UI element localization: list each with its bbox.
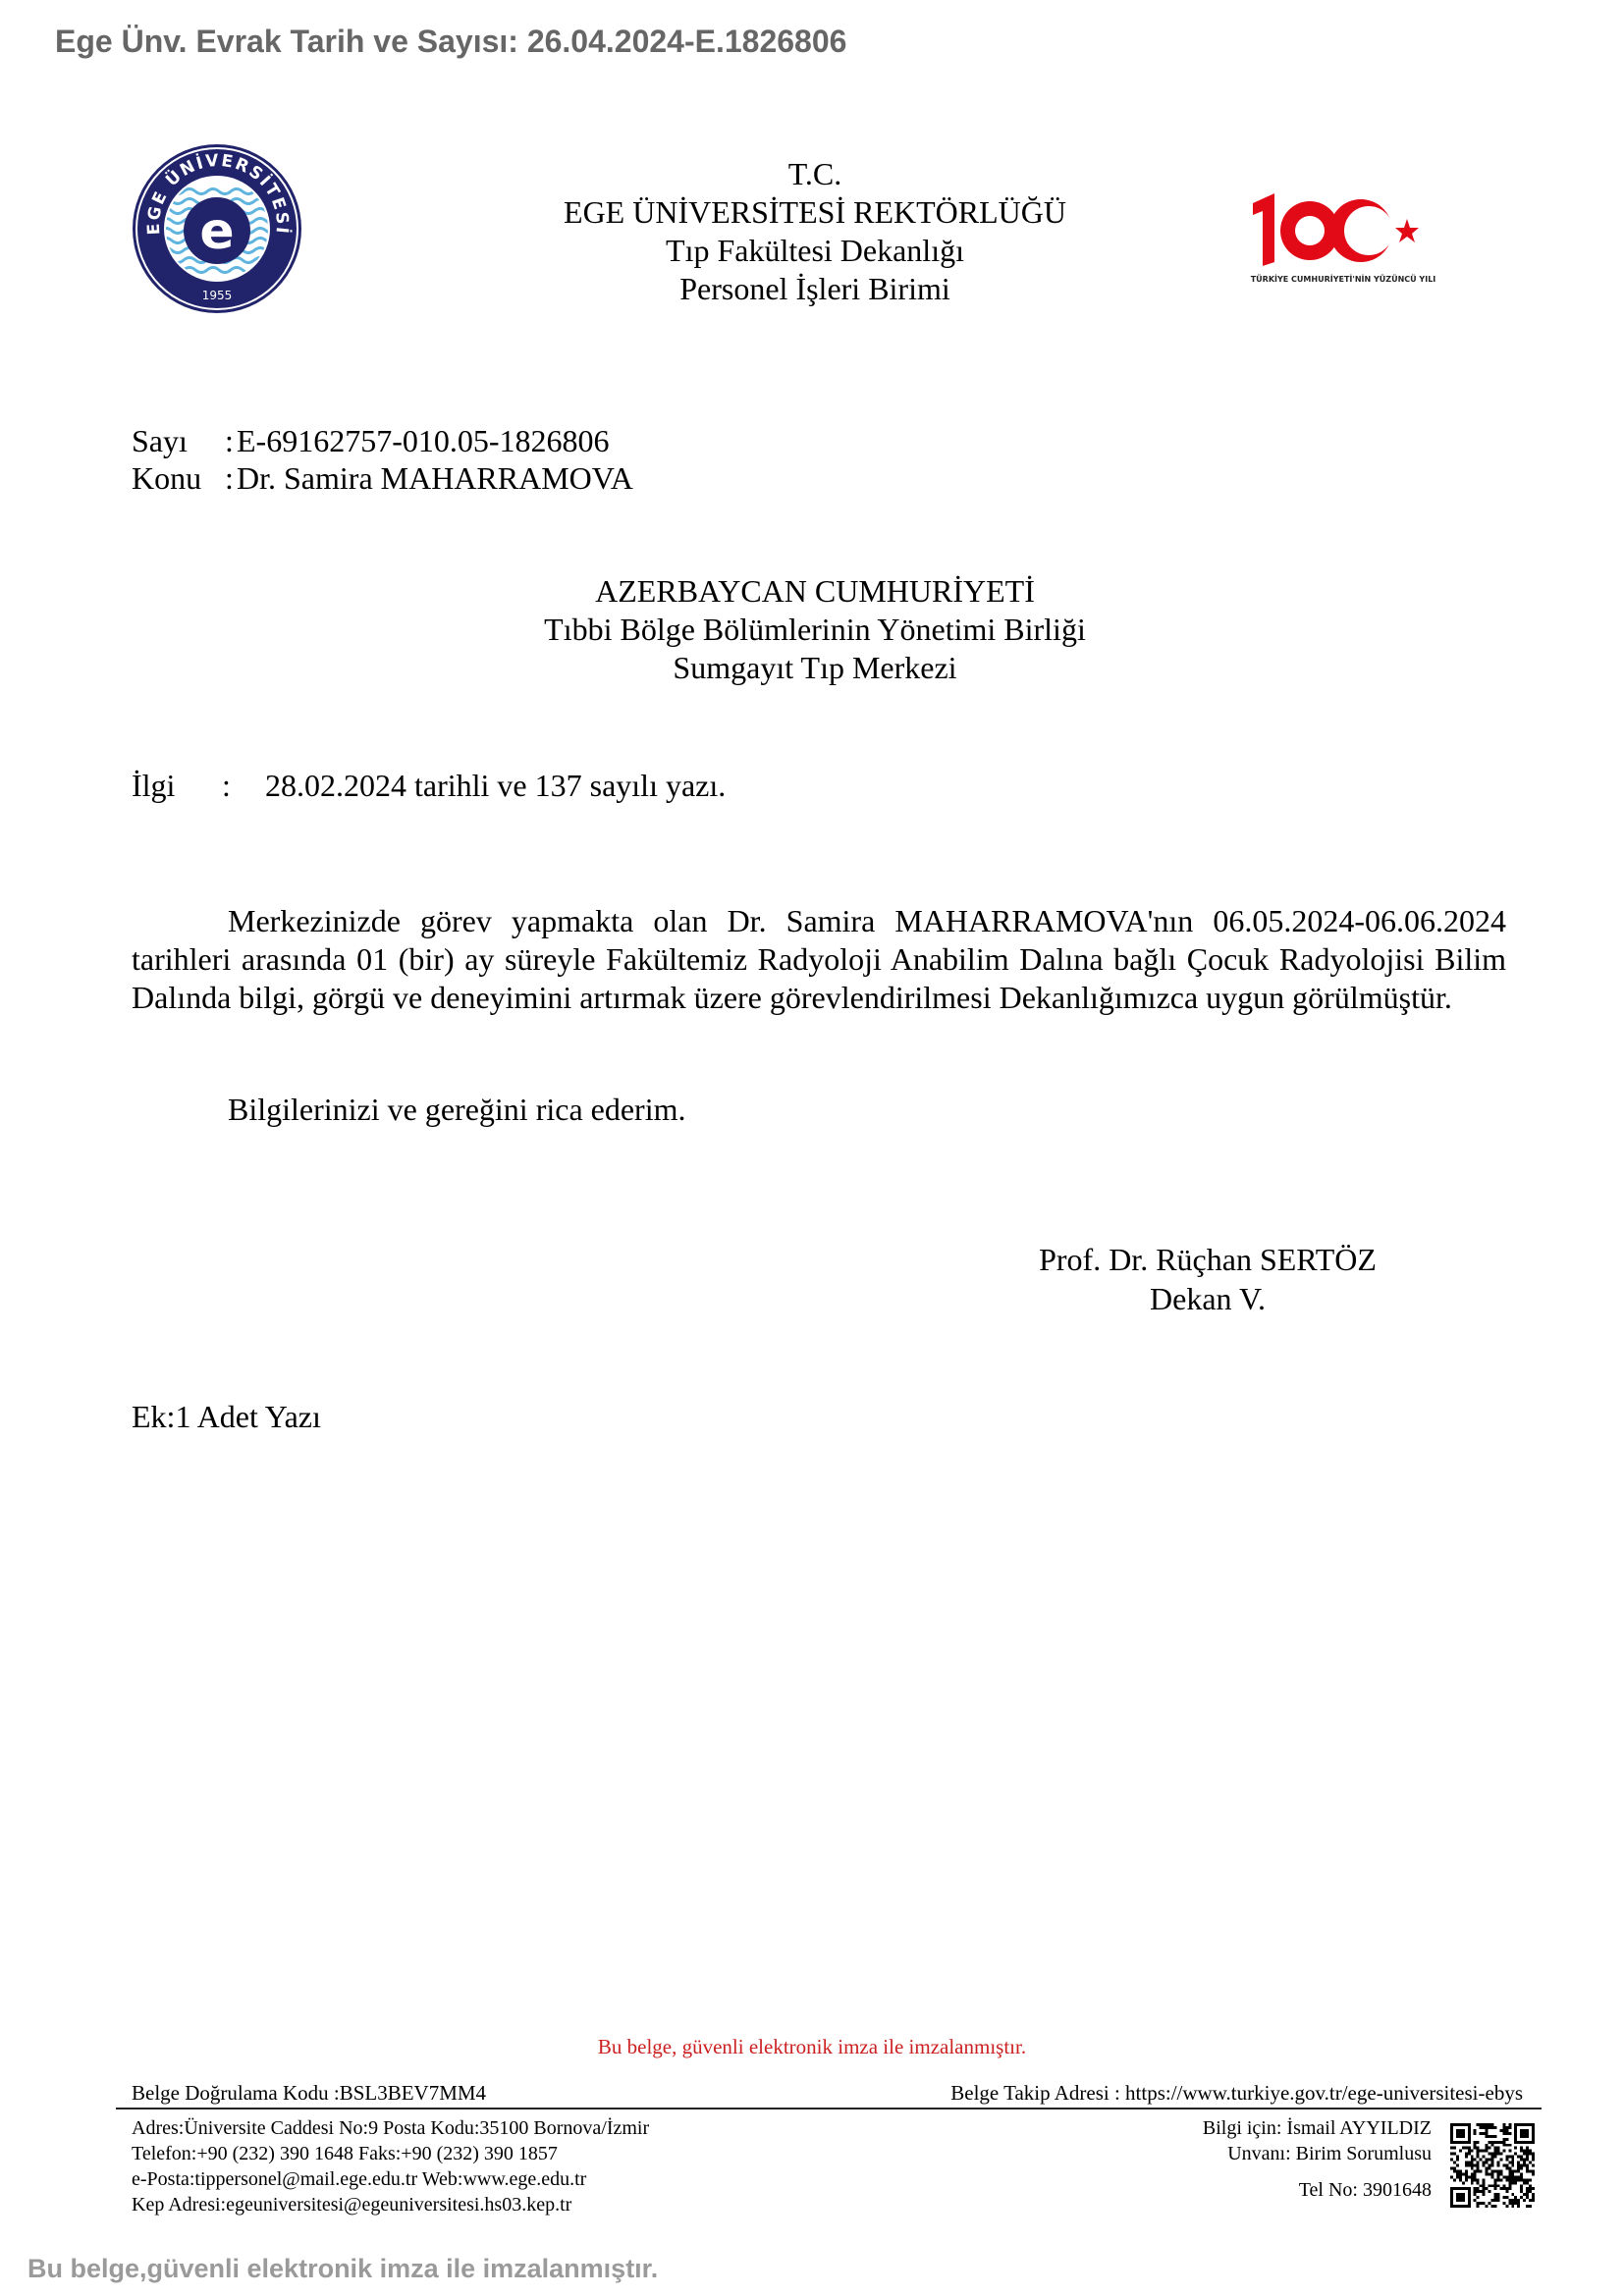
info-contact: Bilgi için: İsmail AYYILDIZ Unvanı: Biri… (1203, 2115, 1432, 2203)
footer-divider (116, 2108, 1542, 2109)
contact-address: Adres:Üniversite Caddesi No:9 Posta Kodu… (132, 2115, 649, 2141)
info-person: Bilgi için: İsmail AYYILDIZ (1203, 2115, 1432, 2141)
document-stamp-header: Ege Ünv. Evrak Tarih ve Sayısı: 26.04.20… (55, 24, 846, 60)
reference-label: İlgi (132, 768, 222, 804)
letterhead-line: T.C. (324, 155, 1306, 193)
attachment-note: Ek:1 Adet Yazı (132, 1399, 321, 1435)
letterhead-line: Tıp Fakültesi Dekanlığı (324, 232, 1306, 270)
contact-email[interactable]: e-Posta:tippersonel@mail.ege.edu.tr Web:… (132, 2166, 649, 2192)
tracking-address-link[interactable]: Belge Takip Adresi : https://www.turkiye… (950, 2081, 1523, 2106)
reference-separator: : (222, 768, 265, 804)
reference-row: İlgi:28.02.2024 tarihli ve 137 sayılı ya… (132, 768, 726, 804)
meta-label: Konu (132, 459, 225, 498)
verification-code: Belge Doğrulama Kodu :BSL3BEV7MM4 (132, 2081, 486, 2106)
esignature-notice: Bu belge, güvenli elektronik imza ile im… (0, 2035, 1624, 2059)
ege-university-seal-icon: e EGE ÜNİVERSİTESİ 1955 (131, 142, 303, 315)
svg-text:1955: 1955 (202, 289, 233, 302)
letterhead: T.C. EGE ÜNİVERSİTESİ REKTÖRLÜĞÜ Tıp Fak… (324, 155, 1306, 308)
meta-separator: : (225, 422, 237, 460)
letterhead-line: EGE ÜNİVERSİTESİ REKTÖRLÜĞÜ (324, 193, 1306, 232)
qr-code-icon (1450, 2123, 1535, 2208)
recipient-line: AZERBAYCAN CUMHURİYETİ (324, 572, 1306, 611)
meta-separator: : (225, 459, 237, 498)
closing-line: Bilgilerinizi ve gereğini rica ederim. (228, 1092, 685, 1128)
meta-value: Dr. Samira MAHARRAMOVA (237, 460, 633, 496)
esignature-stamp-footer: Bu belge,güvenli elektronik imza ile imz… (27, 2254, 658, 2284)
recipient-address: AZERBAYCAN CUMHURİYETİ Tıbbi Bölge Bölüm… (324, 572, 1306, 687)
letterhead-line: Personel İşleri Birimi (324, 270, 1306, 308)
meta-sayi: Sayı:E-69162757-010.05-1826806 (132, 422, 610, 460)
contact-phone: Telefon:+90 (232) 390 1648 Faks:+90 (232… (132, 2141, 649, 2166)
letter-body: Merkezinizde görev yapmakta olan Dr. Sam… (132, 902, 1506, 1017)
svg-text:e: e (199, 202, 234, 261)
signature-block: Prof. Dr. Rüçhan SERTÖZ Dekan V. (982, 1240, 1434, 1318)
contact-kep[interactable]: Kep Adresi:egeuniversitesi@egeuniversite… (132, 2192, 649, 2217)
body-paragraph: Merkezinizde görev yapmakta olan Dr. Sam… (132, 902, 1506, 1017)
info-position: Unvanı: Birim Sorumlusu (1203, 2141, 1432, 2166)
contact-info: Adres:Üniversite Caddesi No:9 Posta Kodu… (132, 2115, 649, 2217)
signatory-title: Dekan V. (982, 1279, 1434, 1318)
meta-label: Sayı (132, 422, 225, 460)
meta-value: E-69162757-010.05-1826806 (237, 423, 610, 458)
info-phone: Tel No: 3901648 (1203, 2177, 1432, 2203)
meta-konu: Konu:Dr. Samira MAHARRAMOVA (132, 459, 633, 498)
recipient-line: Sumgayıt Tıp Merkezi (324, 649, 1306, 687)
reference-value: 28.02.2024 tarihli ve 137 sayılı yazı. (265, 768, 726, 803)
signatory-name: Prof. Dr. Rüçhan SERTÖZ (982, 1240, 1434, 1279)
recipient-line: Tıbbi Bölge Bölümlerinin Yönetimi Birliğ… (324, 611, 1306, 649)
